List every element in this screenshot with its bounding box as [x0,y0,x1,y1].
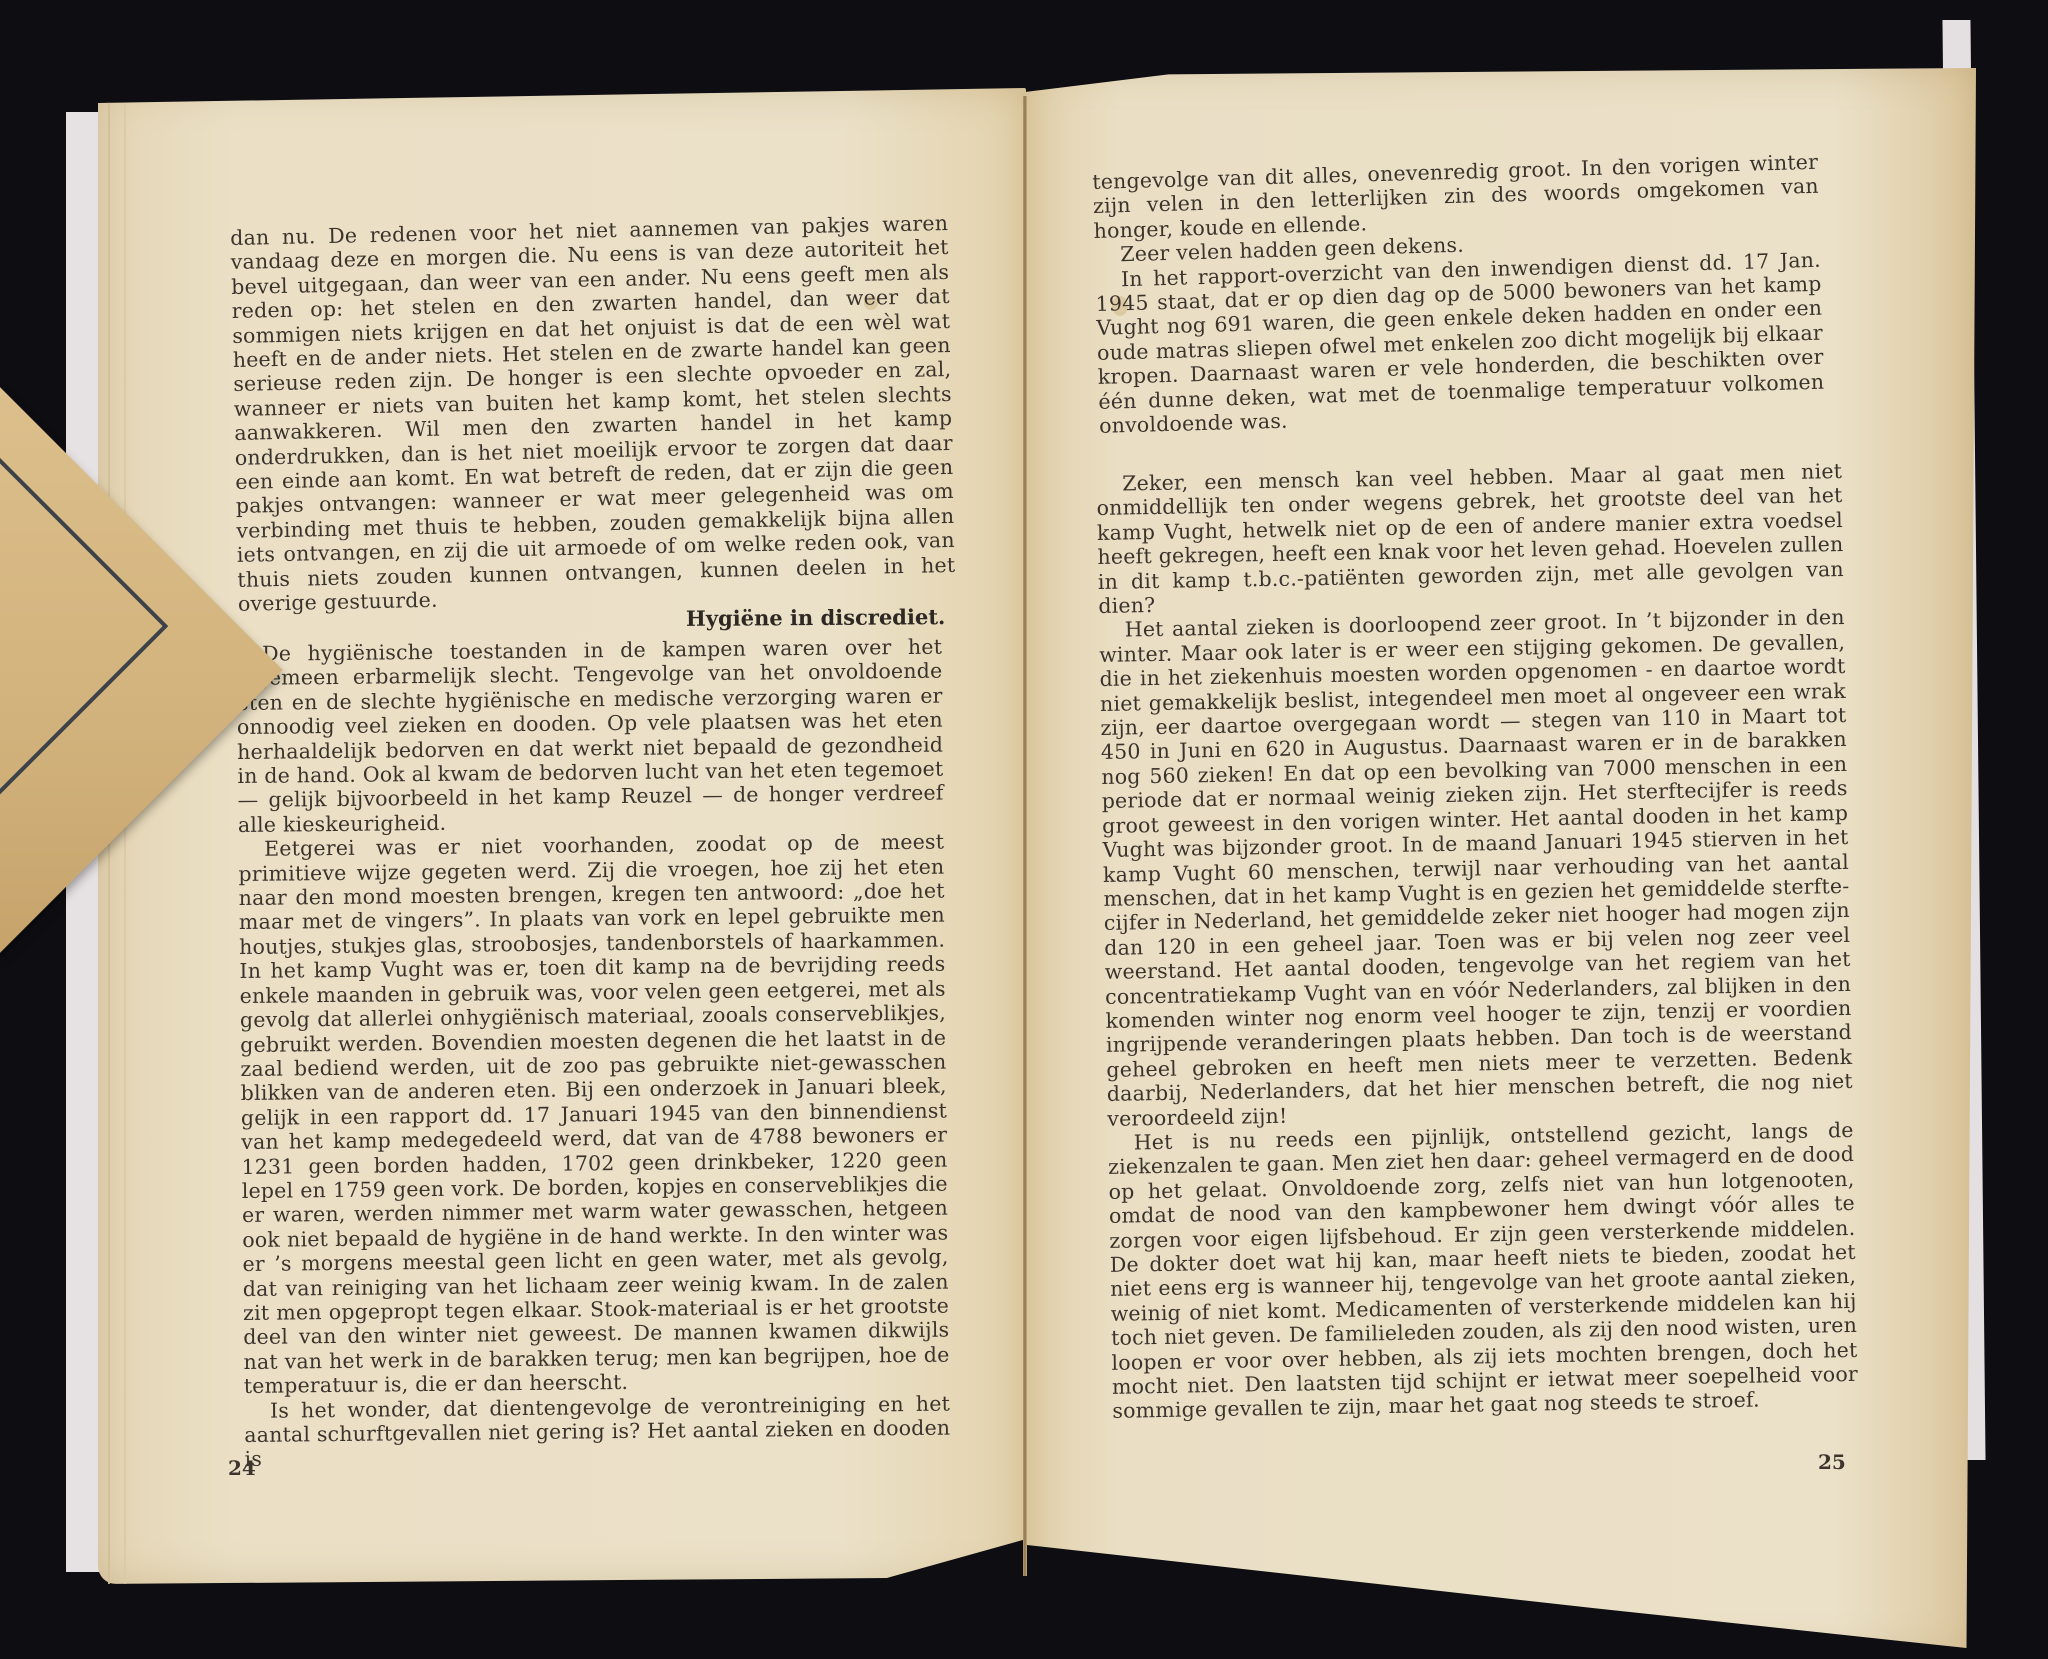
right-paragraph-3: In het rapport-overzicht van den inwendi… [1095,247,1825,438]
left-page-text-body: De hygiënische toestanden in de kampen w… [236,635,951,1472]
book-gutter [1023,96,1027,1576]
right-paragraph-4: Zeker, een mensch kan veel hebben. Maar … [1096,459,1844,618]
right-paragraph-5: Het aantal zieken is doorloopend zeer gr… [1099,605,1854,1130]
left-paragraph-1: dan nu. De redenen voor het niet aanneme… [230,211,956,616]
left-paragraph-3: Eetgerei was er niet voorhanden, zoodat … [238,830,950,1399]
left-paragraph-4: Is het wonder, dat dientengevolge de ver… [244,1391,951,1472]
right-paragraph-6: Het is nu reeds een pijnlijk, ontstellen… [1108,1118,1859,1424]
right-page-text-top: tengevolge van dit alles, onevenredig gr… [1092,150,1825,439]
page-number-right: 25 [1818,1450,1846,1474]
section-heading: Hygiëne in discrediet. [686,604,945,631]
right-page-text-body: Zeker, een mensch kan veel hebben. Maar … [1096,459,1858,1424]
page-number-left: 24 [228,1456,256,1480]
left-paragraph-2: De hygiënische toestanden in de kampen w… [236,635,944,838]
left-page-text-top: dan nu. De redenen voor het niet aanneme… [230,211,956,616]
